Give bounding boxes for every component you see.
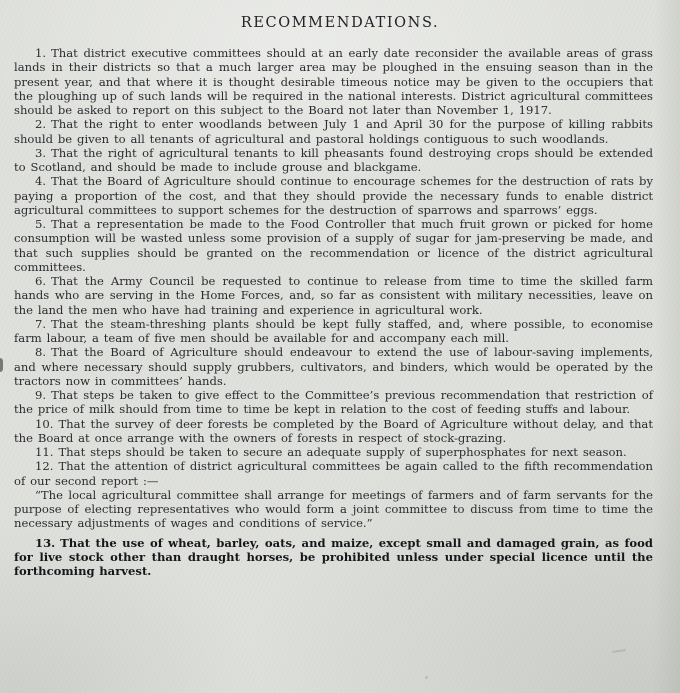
paragraph-text: “The local agricultural committee shall … (14, 488, 653, 531)
recommendation-paragraph-2: 2.That the right to enter woodlands betw… (14, 117, 653, 146)
paragraph-number: 7. (35, 317, 46, 331)
paragraph-text: That the right of agricultural tenants t… (14, 146, 653, 174)
paragraph-text: That the Board of Agriculture should con… (14, 174, 653, 217)
paragraph-number: 1. (35, 46, 46, 60)
paragraph-text: That the attention of district agricultu… (14, 459, 653, 487)
paragraph-number: 8. (35, 345, 46, 359)
paragraph-text: That steps be taken to give effect to th… (14, 388, 653, 416)
quoted-recommendation-paragraph: “The local agricultural committee shall … (14, 488, 653, 531)
paragraph-text: That the Army Council be requested to co… (14, 274, 653, 317)
paragraph-text: That a representation be made to the Foo… (14, 217, 653, 274)
scan-artifact-left-edge (0, 358, 3, 372)
paragraph-text: That the survey of deer forests be compl… (14, 417, 653, 445)
paragraph-number: 4. (35, 174, 46, 188)
recommendation-paragraph-13: 13.That the use of wheat, barley, oats, … (14, 536, 653, 579)
page-title: RECOMMENDATIONS. (0, 0, 680, 31)
recommendation-paragraph-1: 1.That district executive committees sho… (14, 46, 653, 117)
paragraph-number: 10. (35, 417, 53, 431)
paragraph-number: 2. (35, 117, 46, 131)
recommendations-list: 1.That district executive committees sho… (14, 46, 653, 578)
paragraph-number: 5. (35, 217, 46, 231)
recommendation-paragraph-10: 10.That the survey of deer forests be co… (14, 417, 653, 446)
paragraph-text: That steps should be taken to secure an … (58, 445, 626, 459)
scan-artifact-speck (612, 649, 626, 653)
recommendation-paragraph-4: 4.That the Board of Agriculture should c… (14, 174, 653, 217)
document-page: RECOMMENDATIONS. 1.That district executi… (0, 0, 680, 693)
paragraph-text: That the Board of Agriculture should end… (14, 345, 653, 388)
paragraph-number: 12. (35, 459, 53, 473)
paragraph-number: 13. (35, 536, 55, 550)
recommendation-paragraph-3: 3.That the right of agricultural tenants… (14, 146, 653, 175)
recommendation-paragraph-12: 12.That the attention of district agricu… (14, 459, 653, 488)
recommendation-paragraph-5: 5.That a representation be made to the F… (14, 217, 653, 274)
paragraph-text: That district executive committees shoul… (14, 46, 653, 117)
recommendation-paragraph-8: 8.That the Board of Agriculture should e… (14, 345, 653, 388)
recommendation-paragraph-9: 9.That steps be taken to give effect to … (14, 388, 653, 417)
paragraph-text: That the right to enter woodlands betwee… (14, 117, 653, 145)
paragraph-number: 3. (35, 146, 46, 160)
recommendation-paragraph-6: 6.That the Army Council be requested to … (14, 274, 653, 317)
paragraph-number: 6. (35, 274, 46, 288)
recommendation-paragraph-11: 11.That steps should be taken to secure … (14, 445, 653, 459)
paragraph-number: 11. (35, 445, 53, 459)
paragraph-number: 9. (35, 388, 46, 402)
paragraph-text: That the steam-threshing plants should b… (14, 317, 653, 345)
recommendation-paragraph-7: 7.That the steam-threshing plants should… (14, 317, 653, 346)
paragraph-text: That the use of wheat, barley, oats, and… (14, 536, 653, 579)
scan-artifact-speck (425, 676, 428, 679)
